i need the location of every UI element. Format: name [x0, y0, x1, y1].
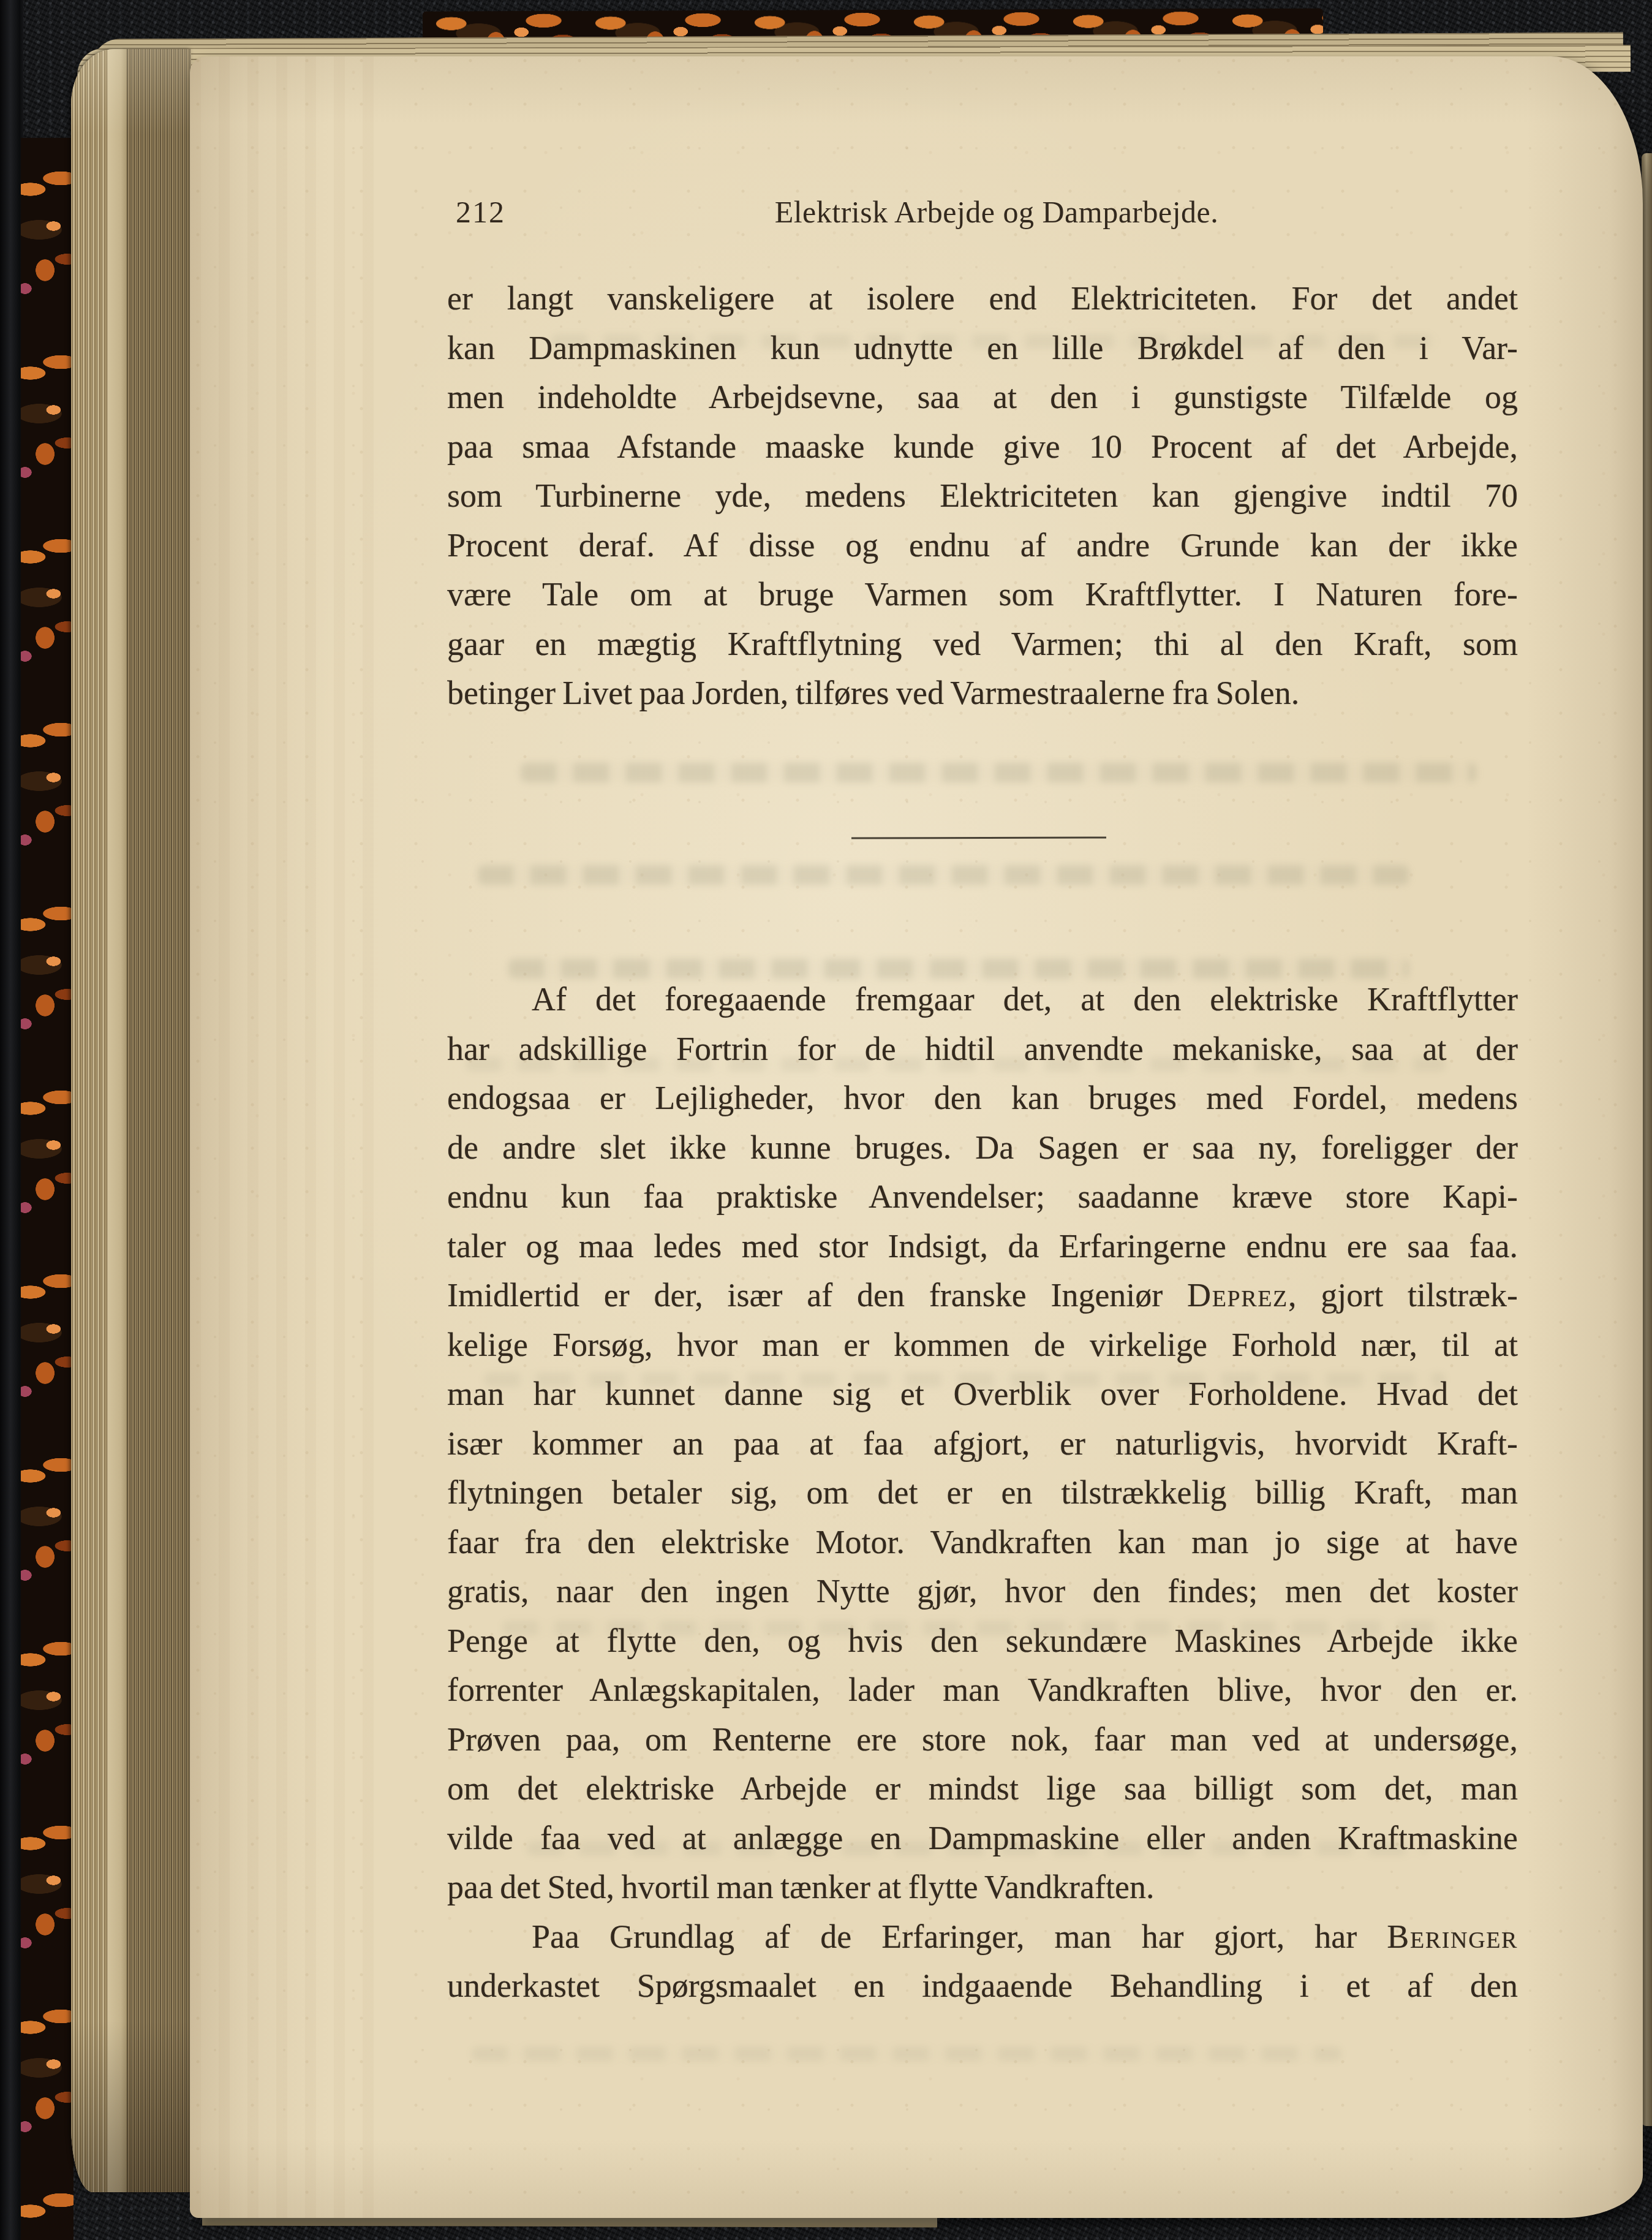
text-line: de andre slet ikke kunne bruges. Da Sage…: [447, 1123, 1518, 1173]
text-line: Penge at flytte den, og hvis den sekundæ…: [447, 1616, 1518, 1666]
running-header: Elektrisk Arbejde og Damparbejde.: [447, 192, 1518, 232]
text-line: paa smaa Afstande maaske kunde give 10 P…: [447, 422, 1518, 472]
text-line: endogsaa er Lejligheder, hvor den kan br…: [447, 1073, 1518, 1123]
text-segment: Imidlertid er der, især af den franske I…: [447, 1277, 1187, 1314]
page-edge-shading: [71, 49, 191, 2192]
text-line: om det elektriske Arbejde er mindst lige…: [447, 1764, 1518, 1814]
text-segment: Paa Grundlag af de Erfaringer, man har g…: [532, 1918, 1387, 1955]
text-line: Procent deraf. Af disse og endnu af andr…: [447, 521, 1518, 570]
text-segment: , gjort tilstræk-: [1288, 1277, 1518, 1314]
marbled-board-edge-left: [21, 138, 74, 2240]
text-line: men indeholdte Arbejdsevne, saa at den i…: [447, 373, 1518, 422]
text-line: er langt vanskeligere at isolere end Ele…: [447, 274, 1518, 324]
ink-bleedthrough: [472, 2046, 1341, 2061]
text-line: Imidlertid er der, især af den franske I…: [447, 1271, 1518, 1320]
text-line: man har kunnet danne sig et Overblik ove…: [447, 1369, 1518, 1419]
text-line: vilde faa ved at anlægge en Dampmaskine …: [447, 1814, 1518, 1863]
text-line: kelige Forsøg, hvor man er kommen de vir…: [447, 1320, 1518, 1370]
paragraph-continued: er langt vanskeligere at isolere end Ele…: [447, 274, 1518, 718]
book-scan: 212 Elektrisk Arbejde og Damparbejde. er…: [0, 0, 1652, 2240]
book-page: 212 Elektrisk Arbejde og Damparbejde. er…: [190, 56, 1643, 2218]
text-line: har adskillige Fortrin for de hidtil anv…: [447, 1024, 1518, 1074]
section-divider: [851, 836, 1106, 839]
page-number: 212: [456, 192, 505, 232]
person-name-deprez: Deprez: [1187, 1277, 1288, 1314]
page-header: 212 Elektrisk Arbejde og Damparbejde.: [447, 192, 1518, 232]
text-line: være Tale om at bruge Varmen som Kraftfl…: [447, 570, 1518, 619]
text-line: Af det foregaaende fremgaar det, at den …: [447, 975, 1518, 1024]
text-line: kan Dampmaskinen kun udnytte en lille Br…: [447, 324, 1518, 373]
person-name-beringer: Beringer: [1387, 1918, 1518, 1955]
text-line: som Turbinerne yde, medens Elektricitete…: [447, 471, 1518, 521]
text-line: Prøven paa, om Renterne ere store nok, f…: [447, 1715, 1518, 1765]
text-line: underkastet Spørgsmaalet en indgaaende B…: [447, 1961, 1518, 2011]
text-line: især kommer an paa at faa afgjort, er na…: [447, 1419, 1518, 1469]
text-line: taler og maa ledes med stor Indsigt, da …: [447, 1222, 1518, 1271]
text-line: flytningen betaler sig, om det er en til…: [447, 1468, 1518, 1518]
paragraph: Af det foregaaende fremgaar det, at den …: [447, 975, 1518, 2011]
text-line: forrenter Anlægskapitalen, lader man Van…: [447, 1665, 1518, 1715]
text-line: endnu kun faa praktiske Anvendelser; saa…: [447, 1172, 1518, 1222]
page-edge-stack-left: [71, 49, 191, 2192]
text-line: gratis, naar den ingen Nytte gjør, hvor …: [447, 1567, 1518, 1616]
ink-bleedthrough: [521, 763, 1476, 782]
text-line: gaar en mægtig Kraftflytning ved Varmen;…: [447, 619, 1518, 669]
text-line: Paa Grundlag af de Erfaringer, man har g…: [447, 1912, 1518, 1962]
text-line: faar fra den elektriske Motor. Vandkraft…: [447, 1518, 1518, 1567]
cover-spine-edge: [0, 0, 23, 2240]
text-line: betinger Livet paa Jorden, tilføres ved …: [447, 668, 1518, 718]
text-line: paa det Sted, hvortil man tænker at flyt…: [447, 1863, 1518, 1912]
ink-bleedthrough: [478, 865, 1409, 885]
page-fore-edge-right: [1642, 153, 1652, 2126]
